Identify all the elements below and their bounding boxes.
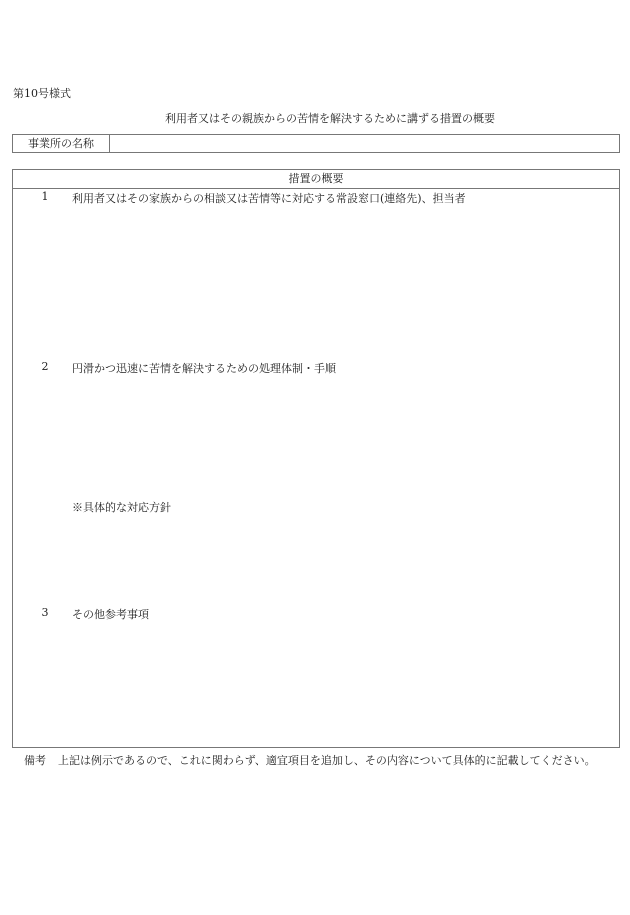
item-text: 利用者又はその家族からの相談又は苦情等に対応する常設窓口(連絡先)、担当者	[72, 190, 466, 206]
business-name-field[interactable]	[110, 135, 619, 152]
item-text: ※具体的な対応方針	[72, 499, 171, 515]
measures-table-header: 措置の概要	[13, 170, 619, 189]
item-text: その他参考事項	[72, 606, 149, 622]
item-number: 1	[40, 190, 50, 203]
remarks-text: 上記は例示であるので、これに関わらず、適宜項目を追加し、その内容について具体的に…	[58, 754, 596, 767]
form-number: 第10号様式	[13, 85, 71, 101]
item-number: 2	[40, 360, 50, 373]
remarks-label: 備考	[24, 754, 46, 767]
document-title: 利用者又はその親族からの苦情を解決するために講ずる措置の概要	[0, 110, 630, 126]
item-number: 3	[40, 606, 50, 619]
item-text: 円滑かつ迅速に苦情を解決するための処理体制・手順	[72, 360, 336, 376]
business-name-label: 事業所の名称	[13, 135, 110, 152]
measures-table: 措置の概要 1 利用者又はその家族からの相談又は苦情等に対応する常設窓口(連絡先…	[12, 169, 620, 748]
remarks: 備考上記は例示であるので、これに関わらず、適宜項目を追加し、その内容について具体…	[24, 752, 596, 768]
business-name-row: 事業所の名称	[12, 134, 620, 153]
